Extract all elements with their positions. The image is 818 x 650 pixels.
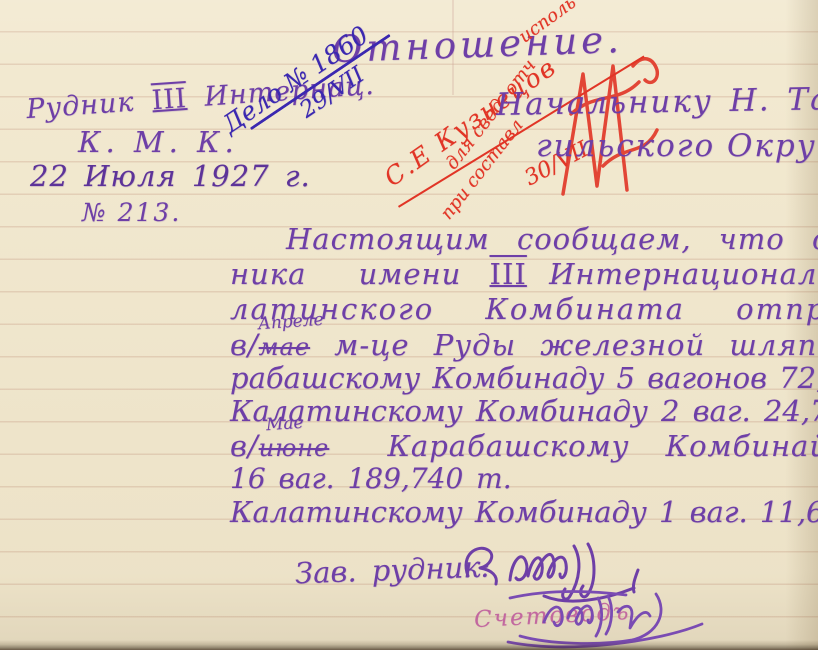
body-line-5: рабашскому Комбинаду 5 вагонов 72,97 тон… bbox=[230, 363, 818, 393]
letterhead-date: 22 Июля 1927 г. bbox=[30, 161, 311, 191]
struck-word-june: июне bbox=[259, 434, 330, 462]
letterhead-org-prefix: Рудник bbox=[25, 87, 135, 125]
body-line-6: Калатинскому Комбинаду 2 ваг. 24,71 тонн bbox=[230, 396, 818, 426]
body-line-2-numeral: III bbox=[488, 257, 529, 291]
body-line-4: в/мае м-це Руды железной шляпы Ка bbox=[230, 330, 818, 360]
body-line-2: ника имени III Интернационала Ка- bbox=[230, 259, 818, 289]
addressee-line1: Начальнику Н. Та- bbox=[496, 83, 818, 122]
scanned-document: Отношение. Рудник III Интернац. К. М. К.… bbox=[0, 0, 818, 650]
body-line-1: Настоящим сообщаем, что с руд- bbox=[286, 224, 818, 254]
addressee-line2: гильского Округа. bbox=[536, 130, 818, 163]
struck-word-may: мае bbox=[259, 333, 310, 361]
letterhead-kmk: К. М. К. bbox=[78, 127, 239, 157]
body-line-7-rest: Карабашскому Комбинайду bbox=[387, 429, 818, 463]
body-line-7: в/июне Карабашскому Комбинайду bbox=[230, 431, 818, 461]
body-line-8: 16 ваг. 189,740 т. bbox=[230, 464, 512, 493]
body-line-2-word2: имени bbox=[359, 257, 462, 291]
body-line-9: Калатинскому Комбинаду 1 ваг. 11,600 т. bbox=[230, 497, 818, 527]
body-line-2-word1: ника bbox=[230, 257, 306, 291]
body-line-4-rest: м-це Руды железной шляпы Ка bbox=[334, 328, 818, 362]
bottom-edge-shadow bbox=[0, 640, 818, 650]
letterhead-org-numeral: III bbox=[149, 83, 190, 117]
red-signature-scribble bbox=[545, 46, 665, 206]
body-line-4-prefix: в/ bbox=[230, 328, 259, 362]
correction-may: Мае bbox=[265, 415, 304, 435]
body-line-2-rest: Интернационала Ка- bbox=[549, 257, 818, 291]
body-line-7-prefix: в/ bbox=[230, 429, 259, 463]
letterhead-number: № 213. bbox=[82, 200, 181, 226]
